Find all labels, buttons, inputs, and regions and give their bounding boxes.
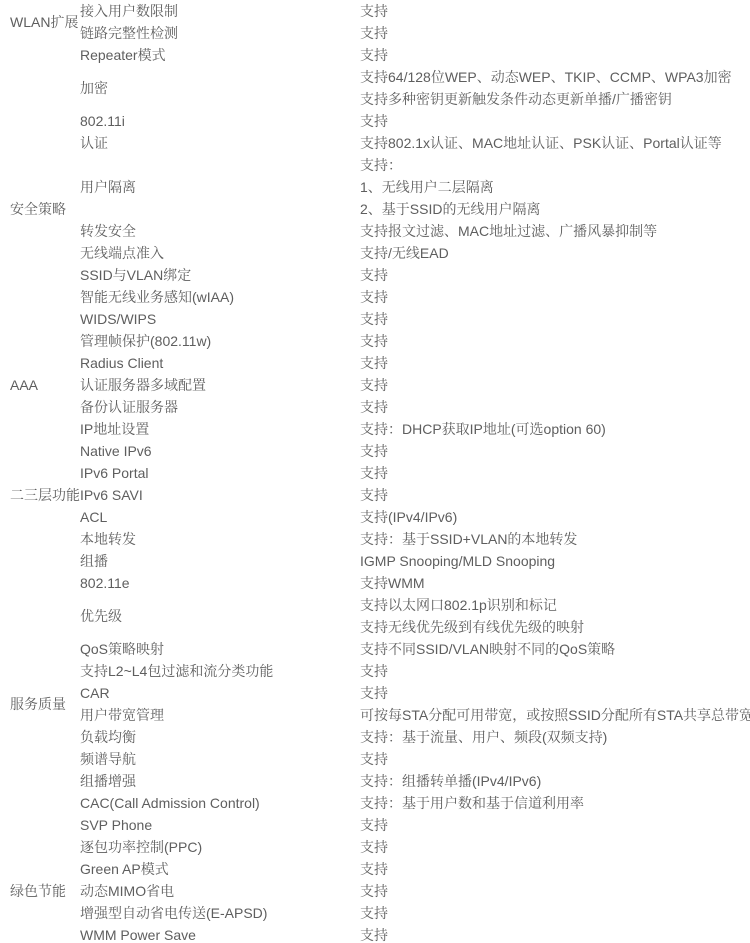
table-row: 本地转发 支持：基于SSID+VLAN的本地转发 [0,528,750,550]
feature-name: 动态MIMO省电 [80,880,360,902]
table-row: 无线端点准入 支持/无线EAD [0,242,750,264]
table-row: 链路完整性检测 支持 [0,22,750,44]
group-cell: 二三层功能 [0,418,80,572]
feature-name: 用户隔离 [80,154,360,220]
table-row: 服务质量 802.11e 支持WMM [0,572,750,594]
table-row: 转发安全 支持报文过滤、MAC地址过滤、广播风暴抑制等 [0,220,750,242]
spec-table: WLAN扩展 接入用户数限制 支持 链路完整性检测 支持 Repeater模式 … [0,0,750,943]
feature-value: 支持 [360,682,750,704]
section-green-energy: 绿色节能 逐包功率控制(PPC) 支持 Green AP模式 支持 动态MIMO… [0,836,750,943]
feature-value: 支持 [360,44,750,66]
table-row: 认证 支持802.1x认证、MAC地址认证、PSK认证、Portal认证等 [0,132,750,154]
feature-value: 可按每STA分配可用带宽，或按照SSID分配所有STA共享总带宽 [360,704,750,726]
table-row: Green AP模式 支持 [0,858,750,880]
feature-value: 支持：组播转单播(IPv4/IPv6) [360,770,750,792]
feature-value: 支持：基于SSID+VLAN的本地转发 [360,528,750,550]
feature-value: 支持802.1x认证、MAC地址认证、PSK认证、Portal认证等 [360,132,750,154]
feature-value: 支持/无线EAD [360,242,750,264]
feature-name: 链路完整性检测 [80,22,360,44]
group-label: AAA [10,374,38,396]
feature-name: IPv6 SAVI [80,484,360,506]
feature-name: Native IPv6 [80,440,360,462]
feature-value: 支持 [360,748,750,770]
group-cell: WLAN扩展 [0,0,80,66]
feature-value: 支持 [360,110,750,132]
feature-name: 频谱导航 [80,748,360,770]
feature-value: 支持 [360,462,750,484]
feature-name: 转发安全 [80,220,360,242]
feature-name: 接入用户数限制 [80,0,360,22]
feature-name: 本地转发 [80,528,360,550]
feature-value: 支持报文过滤、MAC地址过滤、广播风暴抑制等 [360,220,750,242]
table-row: 二三层功能 IP地址设置 支持：DHCP获取IP地址(可选option 60) [0,418,750,440]
table-row: 认证服务器多域配置 支持 [0,374,750,396]
table-row: WMM Power Save 支持 [0,924,750,943]
table-row: 频谱导航 支持 [0,748,750,770]
table-row: CAC(Call Admission Control) 支持：基于用户数和基于信… [0,792,750,814]
feature-name: 备份认证服务器 [80,396,360,418]
table-row: SSID与VLAN绑定 支持 [0,264,750,286]
table-row: 安全策略 加密 支持64/128位WEP、动态WEP、TKIP、CCMP、WPA… [0,66,750,110]
table-row: 用户隔离 支持： 1、无线用户二层隔离 2、基于SSID的无线用户隔离 [0,154,750,220]
group-cell: AAA [0,352,80,418]
feature-value: 支持 [360,330,750,352]
feature-value: 支持WMM [360,572,750,594]
feature-value: 支持 [360,660,750,682]
feature-name: 组播增强 [80,770,360,792]
feature-name: Radius Client [80,352,360,374]
group-label: 绿色节能 [10,880,66,902]
feature-name: Green AP模式 [80,858,360,880]
feature-value: 支持： 1、无线用户二层隔离 2、基于SSID的无线用户隔离 [360,154,750,220]
feature-name: 负载均衡 [80,726,360,748]
feature-value: 支持 [360,374,750,396]
feature-value: 支持 [360,858,750,880]
feature-name: IPv6 Portal [80,462,360,484]
feature-value: 支持 [360,814,750,836]
table-row: 支持L2~L4包过滤和流分类功能 支持 [0,660,750,682]
group-label: 服务质量 [10,693,66,715]
feature-name: CAR [80,682,360,704]
feature-name: QoS策略映射 [80,638,360,660]
feature-name: 用户带宽管理 [80,704,360,726]
table-row: 增强型自动省电传送(E-APSD) 支持 [0,902,750,924]
feature-name: 支持L2~L4包过滤和流分类功能 [80,660,360,682]
feature-name: 组播 [80,550,360,572]
table-row: WLAN扩展 接入用户数限制 支持 [0,0,750,22]
feature-name: 管理帧保护(802.11w) [80,330,360,352]
feature-name: 无线端点准入 [80,242,360,264]
table-row: CAR 支持 [0,682,750,704]
feature-value: 支持：基于流量、用户、频段(双频支持) [360,726,750,748]
table-row: 802.11i 支持 [0,110,750,132]
table-row: 管理帧保护(802.11w) 支持 [0,330,750,352]
table-row: IPv6 SAVI 支持 [0,484,750,506]
feature-value: 支持：基于用户数和基于信道利用率 [360,792,750,814]
section-qos: 服务质量 802.11e 支持WMM 优先级 支持以太网口802.1p识别和标记… [0,572,750,836]
feature-name: 802.11e [80,572,360,594]
feature-value: 支持 [360,836,750,858]
table-row: SVP Phone 支持 [0,814,750,836]
group-label: WLAN扩展 [10,11,78,33]
feature-value: 支持 [360,22,750,44]
feature-value: IGMP Snooping/MLD Snooping [360,550,750,572]
feature-name: WMM Power Save [80,924,360,943]
table-row: 优先级 支持以太网口802.1p识别和标记 支持无线优先级到有线优先级的映射 [0,594,750,638]
feature-value: 支持：DHCP获取IP地址(可选option 60) [360,418,750,440]
group-cell: 安全策略 [0,66,80,352]
group-cell: 绿色节能 [0,836,80,943]
feature-value: 支持 [360,264,750,286]
table-row: WIDS/WIPS 支持 [0,308,750,330]
feature-name: Repeater模式 [80,44,360,66]
feature-name: SSID与VLAN绑定 [80,264,360,286]
group-cell: 服务质量 [0,572,80,836]
feature-name: 增强型自动省电传送(E-APSD) [80,902,360,924]
feature-name: CAC(Call Admission Control) [80,792,360,814]
feature-name: 认证服务器多域配置 [80,374,360,396]
section-wlan-extension: WLAN扩展 接入用户数限制 支持 链路完整性检测 支持 Repeater模式 … [0,0,750,66]
feature-name: 认证 [80,132,360,154]
feature-name: IP地址设置 [80,418,360,440]
table-row: 绿色节能 逐包功率控制(PPC) 支持 [0,836,750,858]
feature-name: WIDS/WIPS [80,308,360,330]
feature-name: SVP Phone [80,814,360,836]
table-row: Repeater模式 支持 [0,44,750,66]
table-row: 组播增强 支持：组播转单播(IPv4/IPv6) [0,770,750,792]
feature-name: 智能无线业务感知(wIAA) [80,286,360,308]
table-row: Native IPv6 支持 [0,440,750,462]
table-row: QoS策略映射 支持不同SSID/VLAN映射不同的QoS策略 [0,638,750,660]
feature-value: 支持(IPv4/IPv6) [360,506,750,528]
table-row: AAA Radius Client 支持 [0,352,750,374]
section-l2l3: 二三层功能 IP地址设置 支持：DHCP获取IP地址(可选option 60) … [0,418,750,572]
table-row: 组播 IGMP Snooping/MLD Snooping [0,550,750,572]
feature-value: 支持 [360,924,750,943]
table-row: IPv6 Portal 支持 [0,462,750,484]
feature-value: 支持64/128位WEP、动态WEP、TKIP、CCMP、WPA3加密 支持多种… [360,66,750,110]
table-row: 用户带宽管理 可按每STA分配可用带宽，或按照SSID分配所有STA共享总带宽 [0,704,750,726]
feature-name: ACL [80,506,360,528]
table-row: 动态MIMO省电 支持 [0,880,750,902]
table-row: 备份认证服务器 支持 [0,396,750,418]
feature-value: 支持 [360,396,750,418]
feature-value: 支持 [360,286,750,308]
feature-value: 支持以太网口802.1p识别和标记 支持无线优先级到有线优先级的映射 [360,594,750,638]
group-label: 二三层功能 [10,484,80,506]
group-label: 安全策略 [10,198,66,220]
table-row: ACL 支持(IPv4/IPv6) [0,506,750,528]
feature-value: 支持 [360,880,750,902]
feature-value: 支持 [360,352,750,374]
feature-name: 加密 [80,66,360,110]
feature-value: 支持 [360,902,750,924]
feature-value: 支持 [360,308,750,330]
feature-value: 支持不同SSID/VLAN映射不同的QoS策略 [360,638,750,660]
feature-name: 逐包功率控制(PPC) [80,836,360,858]
feature-value: 支持 [360,440,750,462]
feature-name: 802.11i [80,110,360,132]
section-security: 安全策略 加密 支持64/128位WEP、动态WEP、TKIP、CCMP、WPA… [0,66,750,352]
table-row: 智能无线业务感知(wIAA) 支持 [0,286,750,308]
table-row: 负载均衡 支持：基于流量、用户、频段(双频支持) [0,726,750,748]
feature-value: 支持 [360,484,750,506]
feature-name: 优先级 [80,594,360,638]
section-aaa: AAA Radius Client 支持 认证服务器多域配置 支持 备份认证服务… [0,352,750,418]
feature-value: 支持 [360,0,750,22]
